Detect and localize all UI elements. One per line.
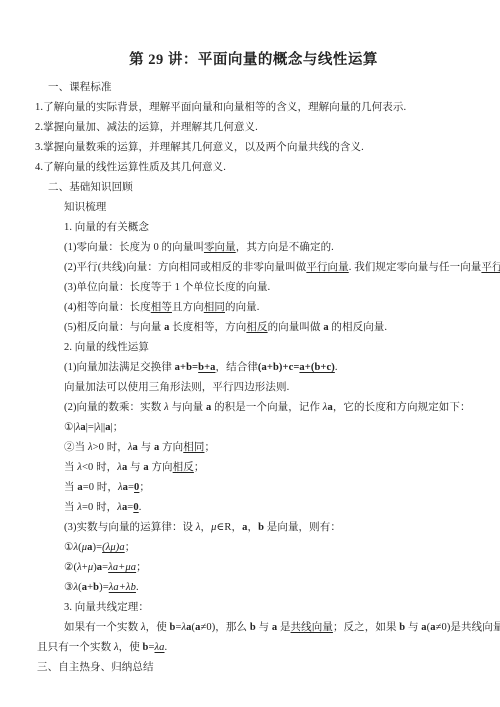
text-segment: ，它的长度和方向规定如下： xyxy=(333,402,471,413)
answer-blank-text: 相同 xyxy=(183,442,204,453)
text-line: 当 λ<0 时，λa 与 a 方向相反； xyxy=(64,458,472,478)
text-segment: (2)向量的数乘：实数 xyxy=(64,402,164,413)
text-segment: ，其方向是不确定的. xyxy=(236,242,334,253)
document-body: 一、课程标准1.了解向量的实际背景，理解平面向量和向量相等的含义，理解向量的几何… xyxy=(35,78,472,678)
text-segment: ； xyxy=(204,442,215,453)
text-segment: )= xyxy=(93,542,103,553)
text-segment: 与 xyxy=(127,462,143,473)
text-segment: <0 时， xyxy=(82,462,117,473)
answer-blank-text: 共线向量 xyxy=(291,622,333,633)
text-segment: 2. 向量的线性运算 xyxy=(64,342,149,353)
text-segment: (4)相等向量：长度 xyxy=(64,302,151,313)
answer-blank-text: 相反 xyxy=(246,322,267,333)
text-segment: ① xyxy=(64,542,74,553)
text-line: 当 a=0 时，λa=0； xyxy=(64,478,472,498)
document-title: 第 29 讲：平面向量的概念与线性运算 xyxy=(35,49,472,71)
text-segment: . xyxy=(165,642,168,653)
text-segment: ，结合律 xyxy=(216,362,258,373)
text-line: 如果有一个实数 λ，使 b=λa(a≠0)，那么 b 与 a 是共线向量；反之，… xyxy=(64,618,472,638)
document-page: 第 29 讲：平面向量的概念与线性运算 一、课程标准1.了解向量的实际背景，理解… xyxy=(0,0,500,707)
text-segment: 与 xyxy=(405,622,421,633)
text-segment: 当 xyxy=(64,462,77,473)
text-segment: 4.了解向量的线性运算性质及其几何意义. xyxy=(35,162,226,173)
text-segment: 1.了解向量的实际背景，理解平面向量和向量相等的含义，理解向量的几何表示. xyxy=(35,102,406,113)
text-segment: 方向 xyxy=(159,442,183,453)
text-line: 2.掌握向量加、减法的运算，并理解其几何意义. xyxy=(35,118,472,138)
text-line: (2)平行(共线)向量：方向相同或相反的非零向量叫做平行向量. 我们规定零向量与… xyxy=(64,258,472,278)
text-segment: 知识梳理 xyxy=(64,202,106,213)
text-line: ①λ(μa)=(λμ)a； xyxy=(64,538,472,558)
text-segment: 3. 向量共线定理： xyxy=(64,602,149,613)
text-segment: =0 时， xyxy=(83,482,118,493)
text-segment: ； xyxy=(125,542,136,553)
text-segment: 2.掌握向量加、减法的运算，并理解其几何意义. xyxy=(35,122,258,133)
text-segment: ； xyxy=(139,482,150,493)
answer-blank-text: (λμ)a xyxy=(102,542,125,553)
text-line: 3.掌握向量数乘的运算，并理解其几何意义，以及两个向量共线的含义. xyxy=(35,138,472,158)
text-line: (3)实数与向量的运算律：设 λ，μ∈R，a，b 是向量，则有： xyxy=(64,518,472,538)
text-segment: 的相反向量. xyxy=(329,322,387,333)
answer-blank-text: 平行向量 xyxy=(306,262,348,273)
text-segment: )= xyxy=(99,582,109,593)
text-segment: 1. 向量的有关概念 xyxy=(64,222,149,233)
text-segment: ③ xyxy=(64,582,74,593)
text-segment: (5)相反向量：与向量 xyxy=(64,322,164,333)
text-segment: 的向量. xyxy=(225,302,260,313)
answer-blank-text: 相同 xyxy=(204,302,225,313)
text-segment: ； xyxy=(194,462,205,473)
text-line: 4.了解向量的线性运算性质及其几何意义. xyxy=(35,158,472,178)
text-segment: 如果有一个实数 xyxy=(64,622,141,633)
text-segment: 的向量叫做 xyxy=(268,322,324,333)
text-line: 且只有一个实数 λ，使 b=λa. xyxy=(37,638,472,658)
text-segment: 方向 xyxy=(149,462,173,473)
text-segment: (1)向量加法满足交换律 xyxy=(64,362,175,373)
text-segment: 二、基础知识回顾 xyxy=(48,182,133,193)
text-segment: |； xyxy=(111,422,124,433)
text-line: (3)单位向量：长度等于 1 个单位长度的向量. xyxy=(64,278,472,298)
text-segment: . xyxy=(139,502,142,513)
text-segment: 与 xyxy=(256,622,272,633)
text-line: 知识梳理 xyxy=(64,198,472,218)
text-segment: ∈R， xyxy=(217,522,243,533)
text-segment: 且方向 xyxy=(172,302,204,313)
answer-blank-text: 相反 xyxy=(173,462,194,473)
text-segment: ②当 xyxy=(64,442,88,453)
text-line: 二、基础知识回顾 xyxy=(48,178,472,198)
text-line: 向量加法可以使用三角形法则，平行四边形法则. xyxy=(64,378,472,398)
text-segment: |=| xyxy=(86,422,96,433)
text-line: 1.了解向量的实际背景，理解平面向量和向量相等的含义，理解向量的几何表示. xyxy=(35,98,472,118)
text-line: (1)向量加法满足交换律 a+b=b+a，结合律(a+b)+c=a+(b+c). xyxy=(64,358,472,378)
text-segment: ， xyxy=(201,522,212,533)
text-segment: (a+b)+c= xyxy=(258,362,300,373)
text-segment: 长度相等，方向 xyxy=(169,322,246,333)
text-segment: 3.掌握向量数乘的运算，并理解其几何意义，以及两个向量共线的含义. xyxy=(35,142,364,153)
text-line: ①|λa|=|λ||a|； xyxy=(64,418,472,438)
answer-blank-text: λa+μa xyxy=(108,562,136,573)
text-segment: 是 xyxy=(277,622,290,633)
answer-blank-text: 零向量 xyxy=(204,242,236,253)
text-segment: ，使 xyxy=(146,622,170,633)
text-line: 一、课程标准 xyxy=(48,78,472,98)
text-segment: a+b= xyxy=(175,362,198,373)
text-segment: ①| xyxy=(64,422,76,433)
answer-blank-text: λa+λb xyxy=(109,582,136,593)
text-line: (4)相等向量：长度相等且方向相同的向量. xyxy=(64,298,472,318)
text-line: 三、自主热身、归纳总结 xyxy=(37,658,472,678)
text-segment: (2)平行(共线)向量：方向相同或相反的非零向量叫做 xyxy=(64,262,306,273)
text-segment: ； xyxy=(136,562,147,573)
text-segment: (1)零向量：长度为 0 的向量叫 xyxy=(64,242,204,253)
text-line: ②(λ+μ)a=λa+μa； xyxy=(64,558,472,578)
text-line: 当 λ=0 时，λa=0. xyxy=(64,498,472,518)
text-segment: ②( xyxy=(64,562,77,573)
text-line: (1)零向量：长度为 0 的向量叫零向量，其方向是不确定的. xyxy=(64,238,472,258)
answer-blank-text: 平行 xyxy=(481,262,500,273)
text-segment: 的积是一个向量，记作 xyxy=(211,402,322,413)
text-line: 3. 向量共线定理： xyxy=(64,598,472,618)
text-line: (5)相反向量：与向量 a 长度相等，方向相反的向量叫做 a 的相反向量. xyxy=(64,318,472,338)
text-segment: ≠0)，那么 xyxy=(201,622,250,633)
text-segment: (3)实数与向量的运算律：设 xyxy=(64,522,196,533)
text-segment: 一、课程标准 xyxy=(48,82,112,93)
text-line: ③λ(a+b)=λa+λb. xyxy=(64,578,472,598)
answer-blank-text: 相等 xyxy=(151,302,172,313)
text-segment: >0 时， xyxy=(93,442,128,453)
answer-blank-text: b+a xyxy=(198,362,215,373)
answer-blank-text: λa xyxy=(155,642,165,653)
text-line: 2. 向量的线性运算 xyxy=(64,338,472,358)
text-segment: 三、自主热身、归纳总结 xyxy=(37,662,154,673)
text-segment: ≠0)是共线向量，那么有 xyxy=(436,622,500,633)
text-segment: . 我们规定零向量与任一向量 xyxy=(349,262,482,273)
text-segment: 当 xyxy=(64,502,77,513)
text-segment: ， xyxy=(247,522,258,533)
answer-blank-text: a+(b+c) xyxy=(299,362,334,373)
text-line: (2)向量的数乘：实数 λ 与向量 a 的积是一个向量，记作 λa，它的长度和方… xyxy=(64,398,472,418)
text-segment: 当 xyxy=(64,482,77,493)
text-line: ②当 λ>0 时，λa 与 a 方向相同； xyxy=(64,438,472,458)
text-segment: . xyxy=(335,362,338,373)
text-segment: (3)单位向量：长度等于 1 个单位长度的向量. xyxy=(64,282,270,293)
text-segment: 与向量 xyxy=(169,402,206,413)
text-segment: 且只有一个实数 xyxy=(37,642,114,653)
text-segment: ，使 xyxy=(119,642,143,653)
text-segment: 与 xyxy=(138,442,154,453)
text-line: 1. 向量的有关概念 xyxy=(64,218,472,238)
text-segment: . xyxy=(136,582,139,593)
text-segment: ；反之，如果 xyxy=(333,622,399,633)
text-segment: =0 时， xyxy=(82,502,117,513)
text-segment: 是向量，则有： xyxy=(264,522,341,533)
text-segment: 向量加法可以使用三角形法则，平行四边形法则. xyxy=(64,382,289,393)
